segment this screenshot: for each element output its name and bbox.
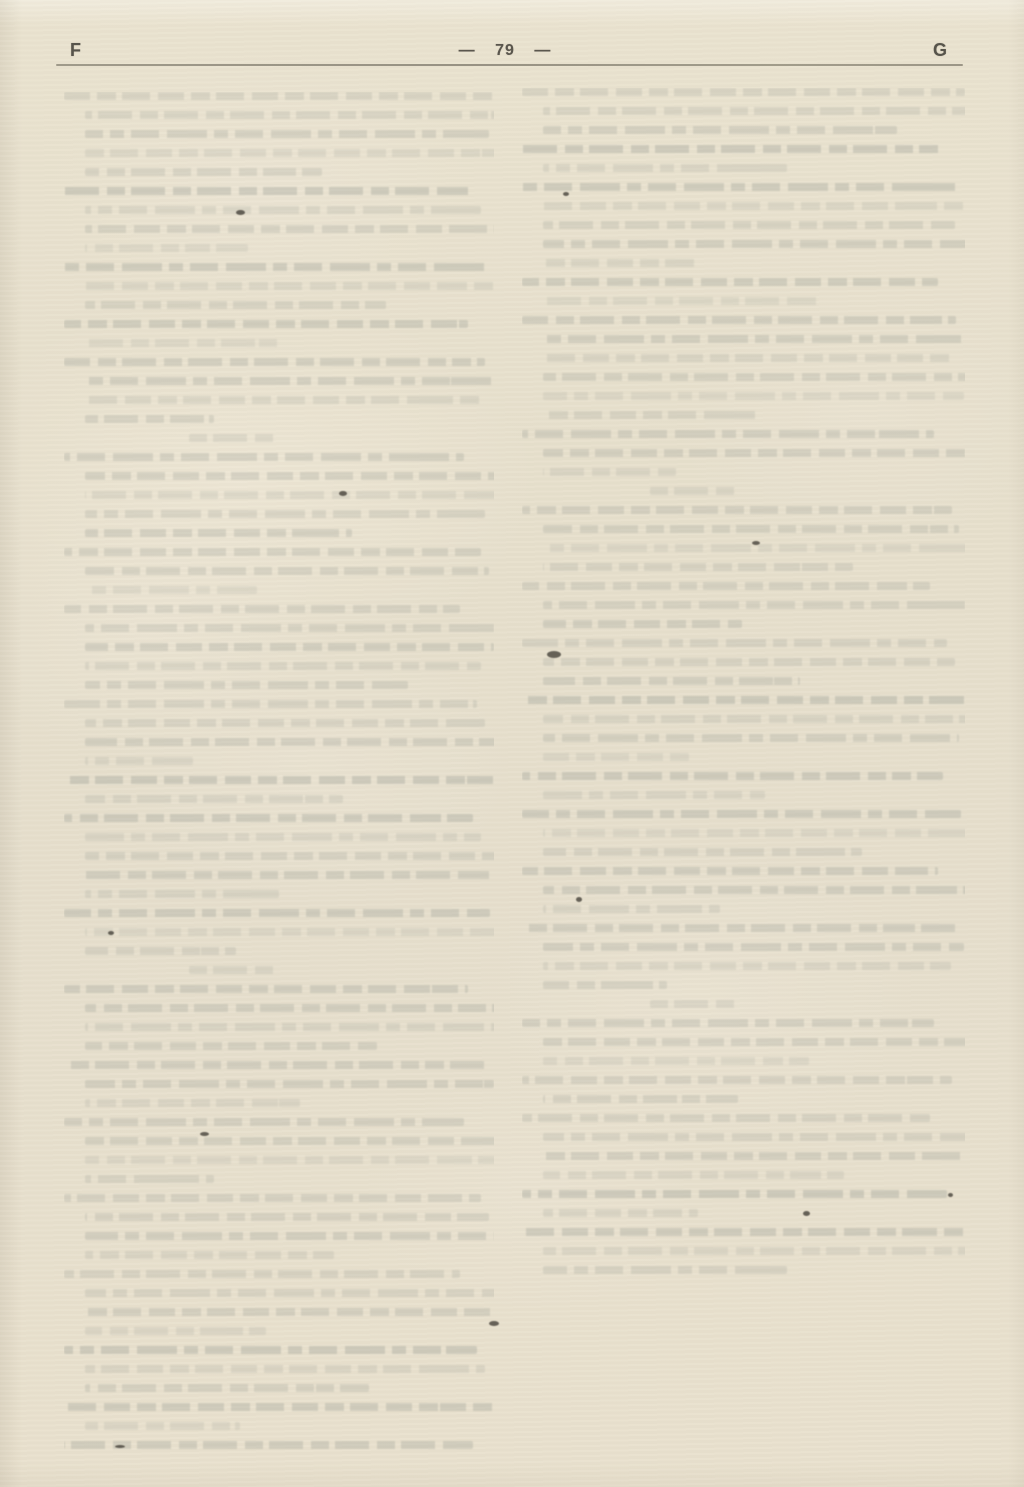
faded-text-line [85, 662, 481, 670]
ink-speck [339, 491, 347, 496]
faded-text-line [543, 259, 698, 267]
faded-text-line [85, 282, 494, 290]
faded-text-line [85, 1080, 494, 1088]
faded-text-line [543, 1133, 965, 1141]
faded-text-line [85, 472, 494, 480]
faded-text-block [522, 1019, 965, 1065]
faded-text-line [85, 149, 494, 157]
faded-text-line [64, 92, 494, 100]
faded-text-line [522, 145, 943, 153]
faded-text-line [543, 886, 965, 894]
faded-text-line [85, 491, 494, 499]
faded-text-block [64, 700, 494, 765]
faded-text-line [543, 715, 965, 723]
faded-text-line [85, 415, 214, 423]
faded-text-block [64, 1118, 494, 1183]
scanned-page: F — 79 — G [0, 0, 1024, 1487]
faded-text-block [64, 263, 494, 309]
faded-text-block [522, 867, 965, 913]
faded-text-line [85, 1308, 494, 1316]
faded-text-line [543, 468, 676, 476]
faded-text-line [543, 240, 965, 248]
faded-text-block [522, 316, 965, 419]
faded-text-line [543, 829, 965, 837]
faded-text-line [543, 1152, 964, 1160]
faded-text-block [522, 1076, 965, 1103]
faded-text-block [522, 506, 965, 571]
faded-text-line [543, 164, 787, 172]
ink-speck [108, 931, 114, 935]
faded-text-line [85, 757, 193, 765]
faded-text-line [522, 772, 943, 780]
faded-text-line [543, 1209, 698, 1217]
faded-text-line [522, 1228, 965, 1236]
ink-speck [200, 1132, 209, 1136]
faded-text-line [543, 1247, 965, 1255]
faded-text-line [64, 1403, 494, 1411]
faded-text-line [543, 1266, 787, 1274]
faded-text-line [85, 225, 494, 233]
faded-text-line [543, 1038, 965, 1046]
faded-text-block [64, 1061, 494, 1107]
faded-text-line [650, 487, 739, 495]
faded-text-line [543, 563, 853, 571]
faded-text-block [522, 810, 965, 856]
faded-text-line [543, 905, 720, 913]
faded-text-line [85, 111, 494, 119]
faded-text-line [543, 1171, 844, 1179]
faded-text-line [543, 943, 964, 951]
faded-text-line [85, 1251, 334, 1259]
faded-text-line [85, 624, 494, 632]
faded-text-line [543, 620, 742, 628]
faded-text-line [543, 601, 965, 609]
faded-text-line [543, 107, 965, 115]
text-column-right [522, 88, 965, 1448]
faded-text-line [543, 449, 965, 457]
faded-text-line [85, 1232, 494, 1240]
ink-speck [547, 651, 561, 658]
ink-speck [489, 1321, 499, 1326]
faded-text-line [85, 206, 481, 214]
faded-text-line [85, 567, 489, 575]
faded-text-block [64, 1270, 494, 1335]
faded-text-line [64, 453, 464, 461]
faded-text-line [522, 639, 947, 647]
faded-text-line [543, 126, 897, 134]
faded-text-line [543, 297, 818, 305]
faded-text-line [85, 643, 494, 651]
faded-text-line [64, 548, 481, 556]
ink-speck [115, 1445, 125, 1448]
faded-text-block [64, 187, 494, 252]
faded-text-block [64, 453, 494, 537]
ink-speck [576, 897, 582, 902]
faded-text-line [85, 871, 494, 879]
faded-text-line [85, 1365, 485, 1373]
faded-text-block [64, 320, 494, 347]
ink-speck [563, 192, 569, 196]
ink-speck [752, 541, 760, 545]
faded-text-line [85, 795, 343, 803]
faded-text-line [85, 1004, 494, 1012]
faded-text-line [522, 430, 934, 438]
faded-text-line [522, 924, 956, 932]
ink-speck [948, 1193, 953, 1197]
faded-text-line [543, 221, 955, 229]
faded-text-line [85, 1327, 266, 1335]
faded-text-line [64, 320, 468, 328]
faded-text-block [64, 548, 494, 594]
faded-text-line [64, 814, 473, 822]
faded-text-line [522, 316, 956, 324]
faded-text-line [543, 848, 862, 856]
header-rule [56, 64, 963, 66]
faded-text-line [85, 1213, 489, 1221]
faded-text-line [543, 335, 964, 343]
faded-text-line [85, 339, 279, 347]
faded-text-line [64, 358, 485, 366]
faded-text-block [64, 814, 494, 898]
faded-text-line [64, 263, 490, 271]
faded-text-block [522, 772, 965, 799]
faded-text-block [522, 639, 965, 685]
faded-text-line [85, 1156, 494, 1164]
faded-text-line [64, 1118, 464, 1126]
faded-text-line [85, 719, 485, 727]
header-page-number: — 79 — [440, 42, 570, 60]
faded-text-line [85, 928, 494, 936]
faded-text-line [64, 1346, 477, 1354]
header-section-letter-right: G [933, 40, 948, 61]
faded-text-line [85, 833, 481, 841]
faded-text-block [64, 985, 494, 1050]
faded-text-line [522, 810, 961, 818]
faded-text-block [522, 430, 965, 495]
faded-text-line [522, 183, 961, 191]
faded-text-line [522, 278, 938, 286]
faded-text-line [543, 202, 965, 210]
faded-text-line [85, 1422, 240, 1430]
ink-speck [236, 210, 245, 215]
faded-text-block [522, 696, 965, 761]
faded-text-line [543, 658, 955, 666]
faded-text-line [543, 791, 765, 799]
faded-text-line [522, 1190, 947, 1198]
faded-text-line [522, 867, 938, 875]
faded-text-line [543, 753, 689, 761]
faded-text-line [522, 1019, 934, 1027]
faded-text-line [64, 1441, 473, 1449]
faded-text-line [543, 1095, 738, 1103]
faded-text-line [85, 510, 485, 518]
faded-text-line [85, 681, 408, 689]
faded-text-line [85, 852, 494, 860]
faded-text-line [64, 985, 468, 993]
faded-text-block [522, 183, 965, 267]
faded-text-line [522, 696, 965, 704]
faded-text-block [64, 1194, 494, 1259]
text-column-left [64, 92, 494, 1450]
faded-text-line [64, 776, 494, 784]
faded-text-line [650, 1000, 739, 1008]
faded-text-line [543, 1057, 809, 1065]
faded-text-line [543, 544, 965, 552]
faded-text-block [64, 776, 494, 803]
faded-text-line [85, 1289, 494, 1297]
faded-text-line [522, 1076, 952, 1084]
faded-text-line [85, 1042, 377, 1050]
faded-text-line [85, 1175, 214, 1183]
faded-text-block [522, 278, 965, 305]
faded-text-block [64, 909, 494, 974]
faded-text-block [64, 1403, 494, 1430]
faded-text-line [85, 738, 494, 746]
faded-text-line [64, 700, 477, 708]
faded-text-line [85, 396, 481, 404]
faded-text-line [64, 1270, 460, 1278]
faded-text-line [522, 1114, 930, 1122]
faded-text-block [64, 1441, 494, 1450]
faded-text-line [85, 244, 248, 252]
faded-text-line [85, 301, 386, 309]
faded-text-line [543, 525, 959, 533]
faded-text-line [64, 187, 473, 195]
faded-text-block [522, 924, 965, 1008]
faded-text-line [543, 392, 964, 400]
faded-text-line [64, 1194, 481, 1202]
faded-text-line [543, 962, 951, 970]
faded-text-block [64, 605, 494, 689]
faded-text-line [64, 1061, 485, 1069]
faded-text-block [522, 582, 965, 628]
faded-text-line [85, 1137, 494, 1145]
faded-text-block [522, 1190, 965, 1217]
faded-text-block [64, 92, 494, 176]
header-section-letter-left: F [70, 40, 82, 61]
faded-text-line [522, 506, 952, 514]
faded-text-line [64, 605, 460, 613]
faded-text-line [85, 529, 352, 537]
faded-text-line [85, 586, 257, 594]
faded-text-line [85, 947, 236, 955]
faded-text-line [85, 130, 489, 138]
faded-text-block [522, 145, 965, 172]
faded-text-line [64, 909, 490, 917]
faded-text-block [522, 88, 965, 134]
faded-text-line [522, 88, 965, 96]
faded-text-line [522, 582, 930, 590]
faded-text-line [85, 377, 494, 385]
faded-text-line [85, 168, 322, 176]
faded-text-line [543, 981, 667, 989]
faded-text-block [522, 1114, 965, 1179]
faded-text-line [189, 966, 275, 974]
faded-text-block [64, 1346, 494, 1392]
faded-text-line [543, 677, 800, 685]
faded-text-line [85, 1099, 300, 1107]
faded-text-line [543, 354, 951, 362]
faded-text-block [522, 1228, 965, 1274]
faded-text-line [543, 411, 756, 419]
faded-text-line [543, 373, 965, 381]
faded-text-block [64, 358, 494, 442]
faded-text-line [85, 1023, 494, 1031]
faded-text-line [189, 434, 275, 442]
faded-text-line [543, 734, 959, 742]
faded-text-line [85, 1384, 369, 1392]
faded-text-line [85, 890, 279, 898]
ink-speck [803, 1211, 810, 1216]
